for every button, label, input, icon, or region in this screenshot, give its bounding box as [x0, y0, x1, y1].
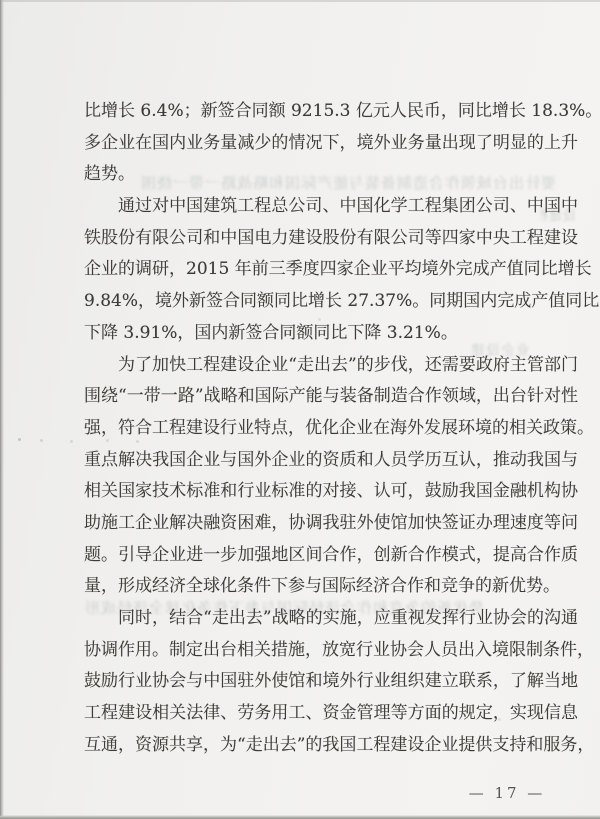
text-line: 互通，资源共享，为“走出去”的我国工程建设企业提供支持和服务，	[84, 730, 578, 762]
text-line: 为了加快工程建设企业“走出去”的步伐，还需要政府主管部门	[84, 350, 578, 382]
document-body-text: 比增长 6.4%；新签合同额 9215.3 亿元人民币，同比增长 18.3%。很…	[84, 96, 578, 761]
text-line: 铁股份有限公司和中国电力建设股份有限公司等四家中央工程建设	[84, 223, 578, 255]
text-line: 比增长 6.4%；新签合同额 9215.3 亿元人民币，同比增长 18.3%。很	[84, 96, 578, 128]
page-number: — 17 —	[452, 784, 562, 802]
scan-edge-bottom	[0, 815, 600, 819]
scan-edge-left	[0, 0, 4, 819]
text-line: 量，形成经济全球化条件下参与国际经济合作和竞争的新优势。	[84, 571, 578, 603]
text-line: 协调作用。制定出台相关措施，放宽行业协会人员出入境限制条件，	[84, 635, 578, 667]
text-line: 同时，结合“走出去”战略的实施，应重视发挥行业协会的沟通	[84, 603, 578, 635]
text-line: 工程建设相关法律、劳务用工、资金管理等方面的规定，实现信息	[84, 698, 578, 730]
text-line: 通过对中国建筑工程总公司、中国化学工程集团公司、中国中	[84, 191, 578, 223]
text-line: 重点解决我国企业与国外企业的资质和人员学历互认，推动我国与	[84, 445, 578, 477]
text-line: 鼓励行业协会与中国驻外使馆和境外行业组织建立联系，了解当地	[84, 666, 578, 698]
scan-edge-top	[0, 0, 600, 2]
text-line: 题。引导企业进一步加强地区间合作，创新合作模式，提高合作质	[84, 540, 578, 572]
text-line: 9.84%，境外新签合同额同比增长 27.37%。同期国内完成产值同比	[84, 286, 578, 318]
text-line: 多企业在国内业务量减少的情况下，境外业务量出现了明显的上升	[84, 128, 578, 160]
text-line: 助施工企业解决融资困难，协调我驻外使馆加快签证办理速度等问	[84, 508, 578, 540]
text-line: 围绕“一带一路”战略和国际产能与装备制造合作领域，出台针对性	[84, 381, 578, 413]
scanned-page: 要针出台域领作合造制备装与能产际国和略战路一带一绕围设建程工业企设建势优新的争竞…	[0, 0, 600, 819]
text-line: 强，符合工程建设行业特点，优化企业在海外发展环境的相关政策。	[84, 413, 578, 445]
text-line: 企业的调研，2015 年前三季度四家企业平均境外完成产值同比增长	[84, 254, 578, 286]
text-line: 相关国家技术标准和行业标准的对接、认可，鼓励我国金融机构协	[84, 476, 578, 508]
text-line: 下降 3.91%，国内新签合同额同比下降 3.21%。	[84, 318, 578, 350]
text-line: 趋势。	[84, 159, 578, 191]
